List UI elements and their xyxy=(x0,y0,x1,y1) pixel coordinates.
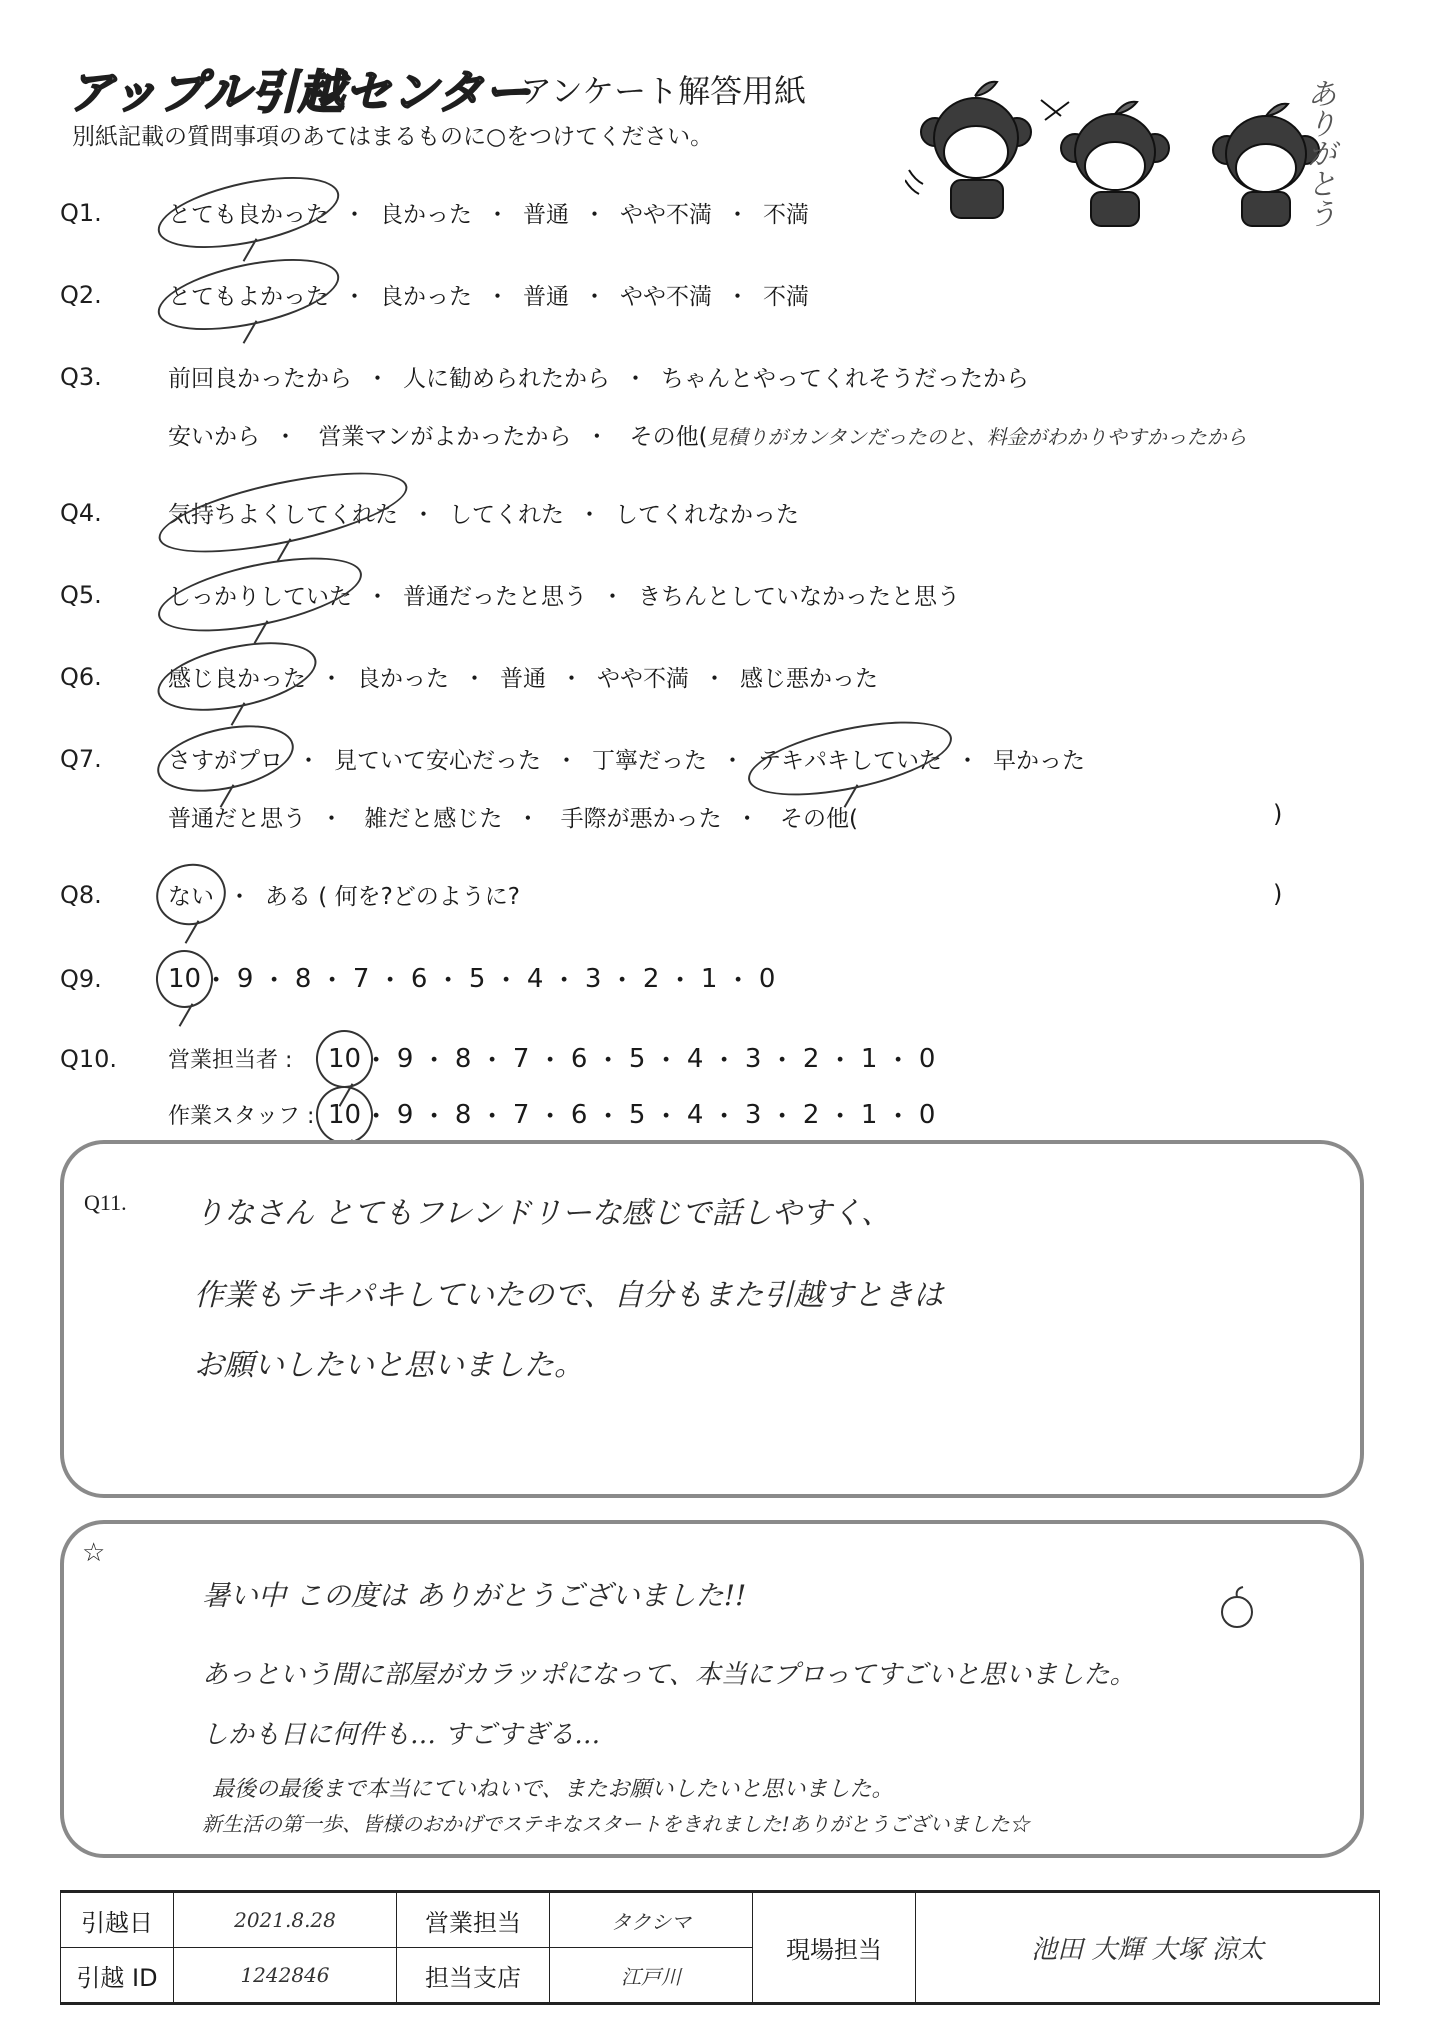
q10-sales-score-1[interactable]: 1 xyxy=(855,1044,883,1074)
question-number: Q9. xyxy=(60,965,168,993)
question-number: Q4. xyxy=(60,499,168,527)
q6-option-2[interactable]: 良かった xyxy=(357,660,449,693)
q9-score-10-selected[interactable]: 10 xyxy=(168,964,201,994)
question-q5: Q5. しっかりしていた・ 普通だったと思う・ きちんとしていなかったと思う xyxy=(60,578,960,611)
q3-option-3[interactable]: ちゃんとやってくれそうだったから xyxy=(661,360,1029,393)
company-title: アップル引越センター xyxy=(68,56,531,122)
q3-option-other[interactable]: その他( xyxy=(630,418,708,451)
question-q6: Q6. 感じ良かった・ 良かった・ 普通・ やや不満・ 感じ悪かった xyxy=(60,660,878,693)
question-q7-line2: 普通だと思う・ 雑だと感じた・ 手際が悪かった・ その他( xyxy=(168,800,858,833)
q11-line-1: りなさん とてもフレンドリーな感じで話しやすく、 xyxy=(194,1188,891,1232)
q5-option-3[interactable]: きちんとしていなかったと思う xyxy=(638,578,960,611)
q1-option-5[interactable]: 不満 xyxy=(763,196,809,229)
q10-staff-score-6[interactable]: 6 xyxy=(565,1100,593,1130)
comment-line-5: 新生活の第一歩、皆様のおかげでステキなスタートをきれました!ありがとうございまし… xyxy=(202,1808,1030,1837)
q10-staff-score-3[interactable]: 3 xyxy=(739,1100,767,1130)
instruction-text: 別紙記載の質問事項のあてはまるものに○をつけてください。 xyxy=(72,118,713,151)
site-staff-label: 現場担当 xyxy=(753,1892,916,2004)
q8-option-none-selected[interactable]: ない xyxy=(168,878,214,911)
q11-comment-box[interactable]: Q11. りなさん とてもフレンドリーな感じで話しやすく、 作業もテキパキしてい… xyxy=(60,1140,1364,1498)
monkey-mascots-icon xyxy=(905,60,1325,230)
question-q7: Q7. さすがプロ・ 見ていて安心だった・ 丁寧だった・ テキパキしていた・ 早… xyxy=(60,742,1085,775)
q6-option-3[interactable]: 普通 xyxy=(500,660,546,693)
q5-option-2[interactable]: 普通だったと思う xyxy=(403,578,587,611)
sales-rep-label: 営業担当 xyxy=(397,1892,550,1948)
move-info-table: 引越日 2021.8.28 営業担当 タクシマ 現場担当 池田 大輝 大塚 涼太… xyxy=(60,1890,1380,2005)
q7-option-8[interactable]: 手際が悪かった xyxy=(561,800,722,833)
branch-label: 担当支店 xyxy=(397,1948,550,2004)
question-q9: Q9. 10・ 9・ 8・ 7・ 6・ 5・ 4・ 3・ 2・ 1・ 0 xyxy=(60,960,781,997)
q10-staff-score-4[interactable]: 4 xyxy=(681,1100,709,1130)
q10-sales-score-10-selected[interactable]: 10 xyxy=(328,1044,361,1074)
q7-close-paren: ) xyxy=(1273,800,1282,828)
q10-staff-score-9[interactable]: 9 xyxy=(391,1100,419,1130)
q4-option-2[interactable]: してくれた xyxy=(449,496,564,529)
q2-option-4[interactable]: やや不満 xyxy=(620,278,712,311)
q10-sales-score-9[interactable]: 9 xyxy=(391,1044,419,1074)
question-q3-line2: 安いから・ 営業マンがよかったから・ その他(見積りがカンタンだったのと、料金が… xyxy=(168,418,1247,451)
q10-sales-label: 営業担当者 : xyxy=(168,1043,328,1074)
q10-staff-label: 作業スタッフ : xyxy=(168,1099,328,1130)
q9-score-7[interactable]: 7 xyxy=(347,964,375,994)
q10-staff-score-10-selected[interactable]: 10 xyxy=(328,1100,361,1130)
q8-option-some[interactable]: ある ( 何を?どのように? xyxy=(265,878,520,911)
q8-close-paren: ) xyxy=(1273,880,1282,908)
question-q10-staff: 作業スタッフ : 10・ 9・ 8・ 7・ 6・ 5・ 4・ 3・ 2・ 1・ … xyxy=(60,1096,941,1133)
q10-sales-score-6[interactable]: 6 xyxy=(565,1044,593,1074)
question-q3: Q3. 前回良かったから・ 人に勧められたから・ ちゃんとやってくれそうだったか… xyxy=(60,360,1029,393)
q6-option-4[interactable]: やや不満 xyxy=(597,660,689,693)
question-q8: Q8. ない・ ある ( 何を?どのように? xyxy=(60,878,520,911)
q7-option-3[interactable]: 丁寧だった xyxy=(592,742,707,775)
q10-sales-score-5[interactable]: 5 xyxy=(623,1044,651,1074)
q2-option-5[interactable]: 不満 xyxy=(763,278,809,311)
comment-line-4: 最後の最後まで本当にていねいで、またお願いしたいと思いました。 xyxy=(212,1772,894,1803)
q1-option-1-selected[interactable]: とても良かった xyxy=(168,196,329,229)
question-q4: Q4. 気持ちよくしてくれた・ してくれた・ してくれなかった xyxy=(60,496,799,529)
q10-staff-score-1[interactable]: 1 xyxy=(855,1100,883,1130)
question-number: Q10. xyxy=(60,1045,168,1073)
q3-option-1[interactable]: 前回良かったから xyxy=(168,360,352,393)
q7-option-6[interactable]: 普通だと思う xyxy=(168,800,306,833)
q11-line-2: 作業もテキパキしていたので、自分もまた引越すときは xyxy=(194,1270,943,1314)
q7-option-2[interactable]: 見ていて安心だった xyxy=(334,742,541,775)
q1-option-4[interactable]: やや不満 xyxy=(620,196,712,229)
q3-option-2[interactable]: 人に勧められたから xyxy=(403,360,610,393)
q10-staff-score-0[interactable]: 0 xyxy=(913,1100,941,1130)
question-number: Q2. xyxy=(60,281,168,309)
q9-score-0[interactable]: 0 xyxy=(753,964,781,994)
q4-option-1-selected[interactable]: 気持ちよくしてくれた xyxy=(168,496,398,529)
apple-doodle-icon xyxy=(1219,1584,1255,1632)
q9-score-3[interactable]: 3 xyxy=(579,964,607,994)
form-title: アンケート解答用紙 xyxy=(520,66,806,112)
q9-score-1[interactable]: 1 xyxy=(695,964,723,994)
q10-sales-score-0[interactable]: 0 xyxy=(913,1044,941,1074)
question-number: Q7. xyxy=(60,745,168,773)
question-number: Q8. xyxy=(60,881,168,909)
branch-value[interactable]: 江戸川 xyxy=(550,1948,753,2004)
move-id-label: 引越 ID xyxy=(61,1948,174,2004)
question-number: Q3. xyxy=(60,363,168,391)
q7-option-5[interactable]: 早かった xyxy=(993,742,1085,775)
q10-sales-score-4[interactable]: 4 xyxy=(681,1044,709,1074)
move-id-value[interactable]: 1242846 xyxy=(174,1948,397,2004)
question-q2: Q2. とてもよかった・ 良かった・ 普通・ やや不満・ 不満 xyxy=(60,278,809,311)
q9-score-9[interactable]: 9 xyxy=(231,964,259,994)
q9-score-2[interactable]: 2 xyxy=(637,964,665,994)
q1-option-2[interactable]: 良かった xyxy=(380,196,472,229)
question-q10-sales: Q10. 営業担当者 : 10・ 9・ 8・ 7・ 6・ 5・ 4・ 3・ 2・… xyxy=(60,1040,941,1077)
move-date-label: 引越日 xyxy=(61,1892,174,1948)
q11-line-3: お願いしたいと思いました。 xyxy=(194,1340,584,1384)
q2-option-2[interactable]: 良かった xyxy=(380,278,472,311)
question-number: Q5. xyxy=(60,581,168,609)
sales-rep-value[interactable]: タクシマ xyxy=(550,1892,753,1948)
q6-option-5[interactable]: 感じ悪かった xyxy=(740,660,878,693)
q7-option-1-selected[interactable]: さすがプロ xyxy=(168,742,283,775)
q10-staff-score-5[interactable]: 5 xyxy=(623,1100,651,1130)
q7-option-7[interactable]: 雑だと感じた xyxy=(364,800,502,833)
q10-sales-score-2[interactable]: 2 xyxy=(797,1044,825,1074)
q3-option-4[interactable]: 安いから xyxy=(168,418,260,451)
q9-score-5[interactable]: 5 xyxy=(463,964,491,994)
comment-line-2: あっという間に部屋がカラッポになって、本当にプロってすごいと思いました。 xyxy=(202,1654,1136,1691)
question-number: Q6. xyxy=(60,663,168,691)
q7-option-4-selected[interactable]: テキパキしていた xyxy=(758,742,942,775)
q10-sales-score-7[interactable]: 7 xyxy=(507,1044,535,1074)
q3-other-handwritten[interactable]: 見積りがカンタンだったのと、料金がわかりやすかったから xyxy=(708,425,1247,449)
move-date-value[interactable]: 2021.8.28 xyxy=(174,1892,397,1948)
question-q1: Q1. とても良かった・ 良かった・ 普通・ やや不満・ 不満 xyxy=(60,196,809,229)
q10-staff-score-8[interactable]: 8 xyxy=(449,1100,477,1130)
q11-label: Q11. xyxy=(84,1190,127,1216)
q10-sales-score-3[interactable]: 3 xyxy=(739,1044,767,1074)
q10-sales-score-8[interactable]: 8 xyxy=(449,1044,477,1074)
q6-option-1-selected[interactable]: 感じ良かった xyxy=(168,660,306,693)
q7-option-other[interactable]: その他( xyxy=(780,800,858,833)
site-staff-value[interactable]: 池田 大輝 大塚 涼太 xyxy=(916,1892,1380,2004)
q10-staff-score-7[interactable]: 7 xyxy=(507,1100,535,1130)
q4-option-3[interactable]: してくれなかった xyxy=(615,496,799,529)
q2-option-3[interactable]: 普通 xyxy=(523,278,569,311)
q1-option-3[interactable]: 普通 xyxy=(523,196,569,229)
q10-staff-score-2[interactable]: 2 xyxy=(797,1100,825,1130)
q5-option-1-selected[interactable]: しっかりしていた xyxy=(168,578,352,611)
comment-line-1: 暑い中 この度は ありがとうございました!! xyxy=(202,1574,746,1614)
free-comment-box[interactable]: ☆ 暑い中 この度は ありがとうございました!! あっという間に部屋がカラッポに… xyxy=(60,1520,1364,1858)
star-icon: ☆ xyxy=(82,1538,105,1568)
comment-line-3: しかも日に何件も… すごすぎる… xyxy=(202,1714,600,1751)
question-number: Q1. xyxy=(60,199,168,227)
arigatou-caption: ありがとう xyxy=(1300,78,1336,228)
q9-score-4[interactable]: 4 xyxy=(521,964,549,994)
q2-option-1-selected[interactable]: とてもよかった xyxy=(168,278,329,311)
q9-score-8[interactable]: 8 xyxy=(289,964,317,994)
q3-option-5[interactable]: 営業マンがよかったから xyxy=(318,418,571,451)
q9-score-6[interactable]: 6 xyxy=(405,964,433,994)
